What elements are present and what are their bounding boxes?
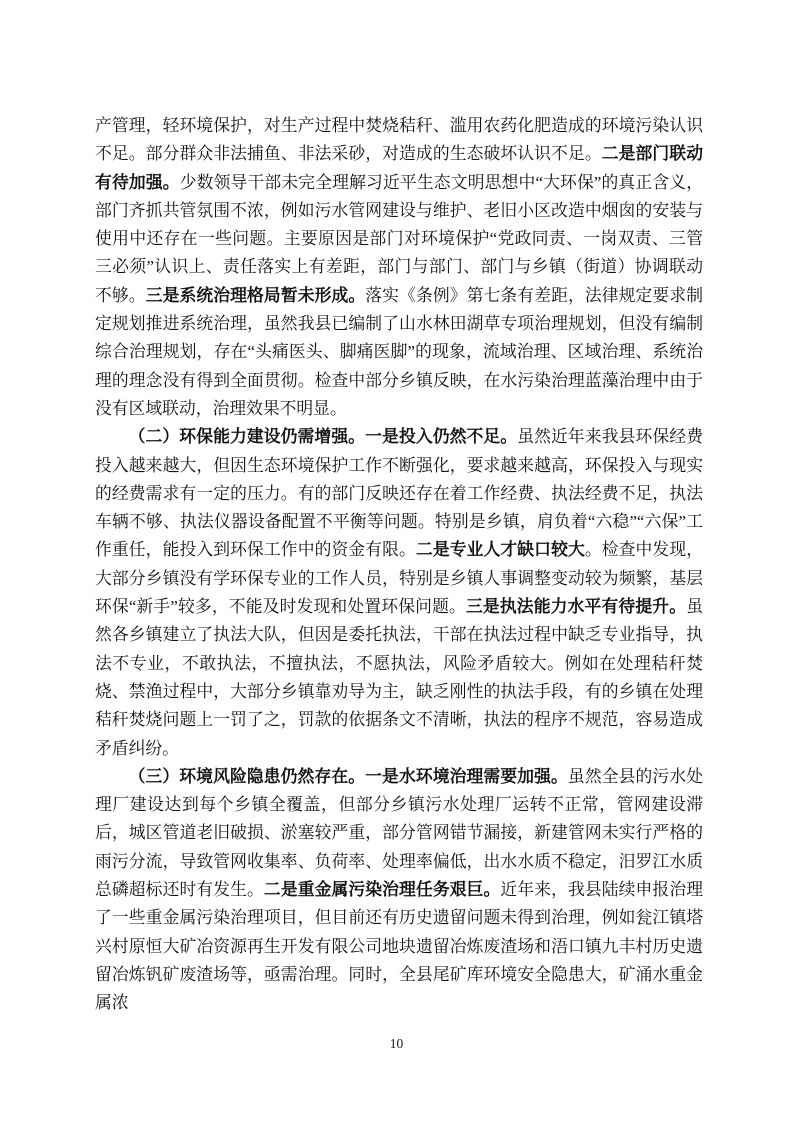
text-run: 虽然各乡镇建立了执法大队，但因是委托执法，干部在执法过程中缺乏专业指导，执法不专…	[95, 597, 703, 757]
emphasis-run: （二）环保能力建设仍需增强。一是投入仍然不足。	[129, 427, 518, 446]
text-run: 落实《条例》第七条有差距，法律规定要求制定规划推进系统治理，虽然我县已编制了山水…	[95, 286, 703, 418]
paragraph: （二）环保能力建设仍需增强。一是投入仍然不足。虽然近年来我县环保经费投入越来越大…	[95, 423, 703, 763]
text-run: 近年来，我县陆续申报治理了一些重金属污染治理项目，但目前还有历史遗留问题未得到治…	[95, 880, 703, 1012]
emphasis-run: 二是专业人才缺口较大	[416, 540, 585, 559]
paragraph: （三）环境风险隐患仍然存在。一是水环境治理需要加强。虽然全县的污水处理厂建设达到…	[95, 763, 703, 1018]
emphasis-run: 二是重金属污染治理任务艰巨。	[264, 880, 500, 899]
emphasis-run: （三）环境风险隐患仍然存在。一是水环境治理需要加强。	[129, 767, 568, 786]
page-number: 10	[0, 1035, 793, 1053]
emphasis-run: 三是执法能力水平有待提升。	[466, 597, 686, 616]
document-page: 产管理，轻环境保护，对生产过程中焚烧秸秆、滥用农药化肥造成的环境污染认识不足。部…	[0, 0, 793, 1122]
paragraph: 产管理，轻环境保护，对生产过程中焚烧秸秆、滥用农药化肥造成的环境污染认识不足。部…	[95, 112, 703, 423]
emphasis-run: 三是系统治理格局暂未形成。	[146, 286, 366, 305]
document-body: 产管理，轻环境保护，对生产过程中焚烧秸秆、滥用农药化肥造成的环境污染认识不足。部…	[95, 112, 703, 1018]
